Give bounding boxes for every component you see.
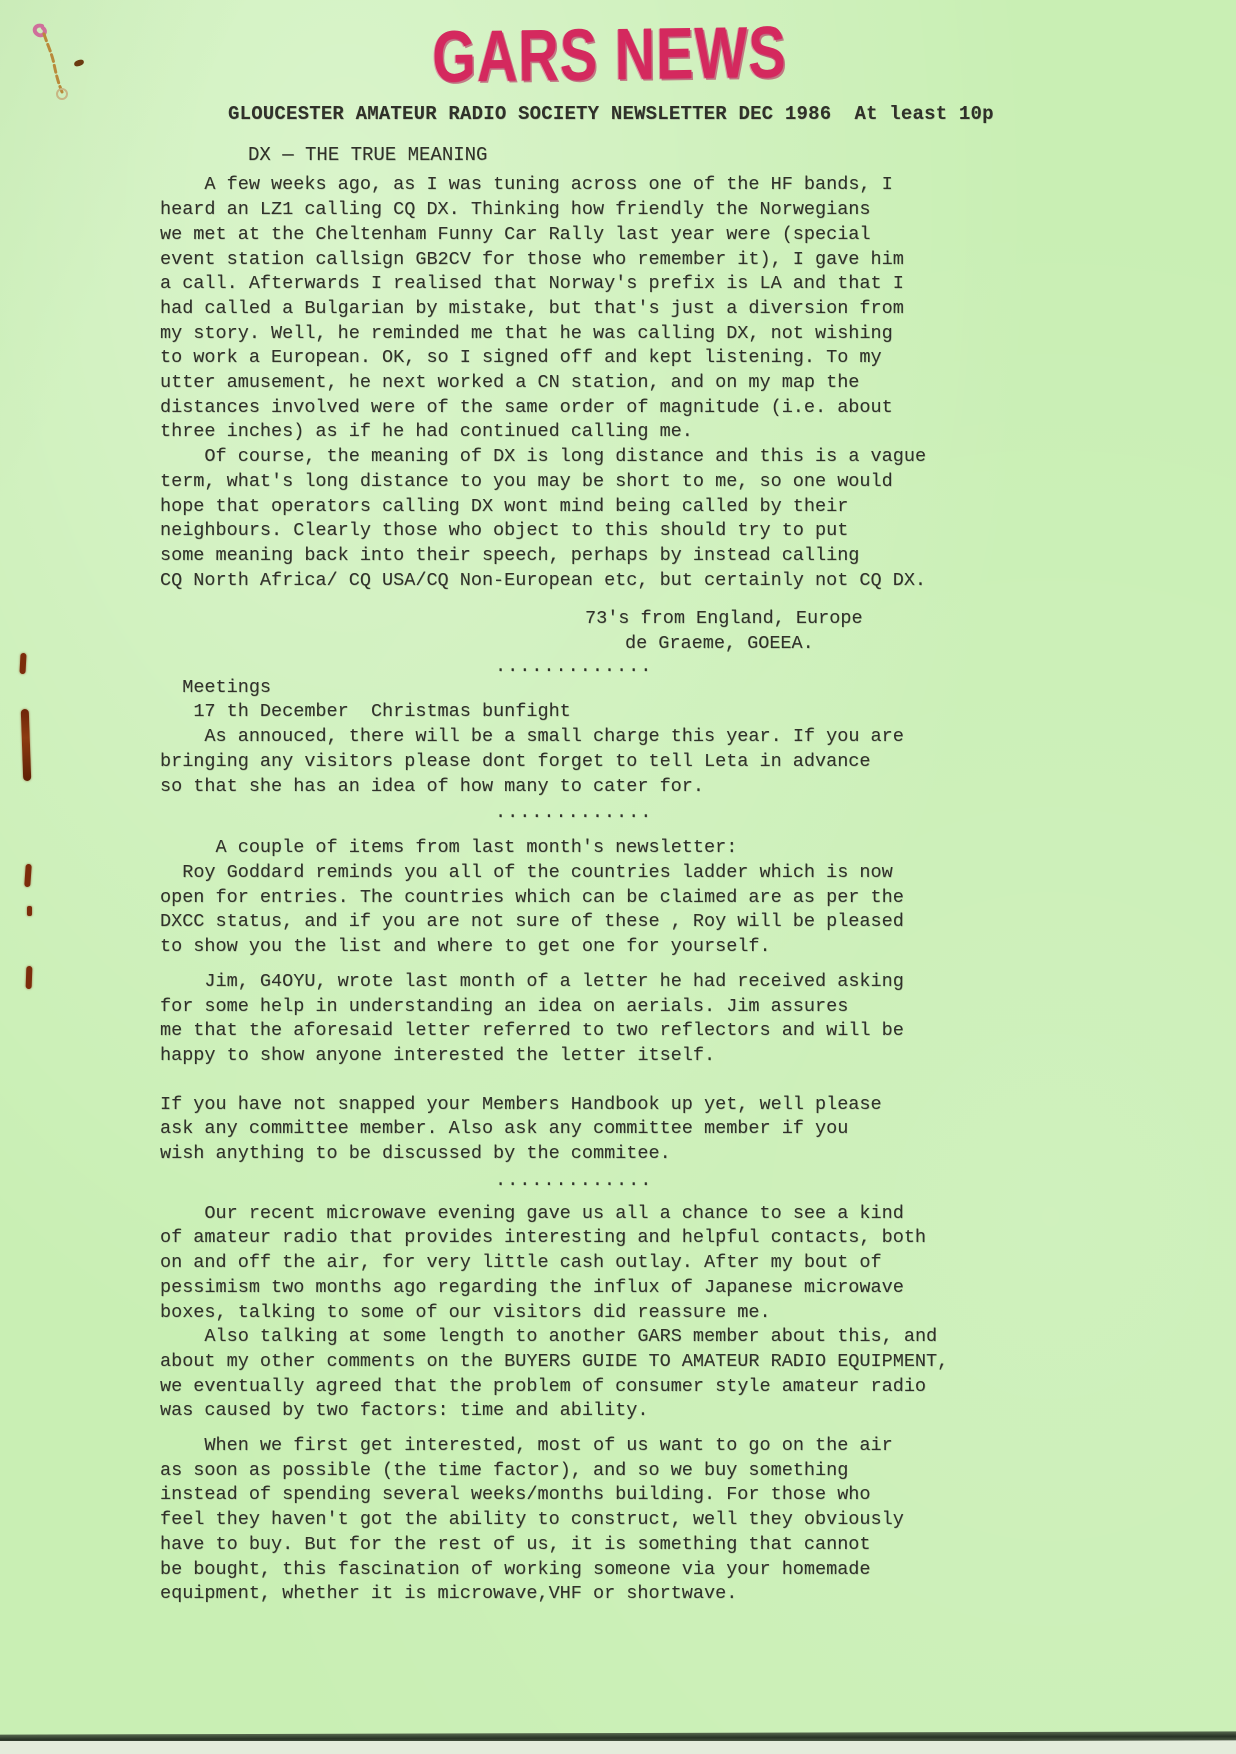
rust-speck (73, 59, 84, 67)
newsletter-subtitle: GLOUCESTER AMATEUR RADIO SOCIETY NEWSLET… (228, 102, 1236, 127)
items-intro: A couple of items from last month's news… (160, 836, 1080, 861)
newsletter-title: GARS NEWS (432, 3, 1236, 98)
article-heading: DX — THE TRUE MEANING (248, 143, 1236, 168)
green-paper: GARS NEWS GLOUCESTER AMATEUR RADIO SOCIE… (0, 0, 1236, 1738)
staple-mark (27, 906, 32, 916)
items-roy-paragraph: Roy Goddard reminds you all of the count… (160, 861, 1080, 960)
staple-rust-squiggle (28, 20, 80, 104)
microwave-paragraph: Our recent microwave evening gave us all… (160, 1202, 1080, 1326)
masthead: GARS NEWS (432, 14, 1236, 98)
article-paragraph: A few weeks ago, as I was tuning across … (160, 173, 1080, 445)
meetings-event: 17 th December Christmas bunfight (160, 700, 1080, 725)
items-jim-paragraph: Jim, G4OYU, wrote last month of a letter… (160, 970, 1080, 1069)
signoff-line: 73's from England, Europe (585, 607, 1236, 632)
article-paragraph: Of course, the meaning of DX is long dis… (160, 445, 1080, 593)
microwave-paragraph: Also talking at some length to another G… (160, 1325, 1080, 1424)
dotted-separator: ............. (495, 803, 1236, 822)
closing-paragraph: When we first get interested, most of us… (160, 1434, 1080, 1607)
staple-mark (26, 966, 33, 989)
meetings-body: As annouced, there will be a small charg… (160, 725, 1080, 799)
dotted-separator: ............. (495, 1171, 1236, 1190)
staple-mark (21, 709, 32, 781)
scanned-page: GARS NEWS GLOUCESTER AMATEUR RADIO SOCIE… (0, 0, 1236, 1754)
scanner-background (0, 1741, 1236, 1754)
staple-mark (19, 653, 26, 674)
items-handbook-paragraph: If you have not snapped your Members Han… (160, 1093, 1080, 1167)
staple-mark (24, 864, 32, 887)
dotted-separator: ............. (495, 657, 1236, 676)
signoff-line: de Graeme, GOEEA. (625, 632, 1236, 657)
meetings-heading: Meetings (160, 676, 1080, 701)
